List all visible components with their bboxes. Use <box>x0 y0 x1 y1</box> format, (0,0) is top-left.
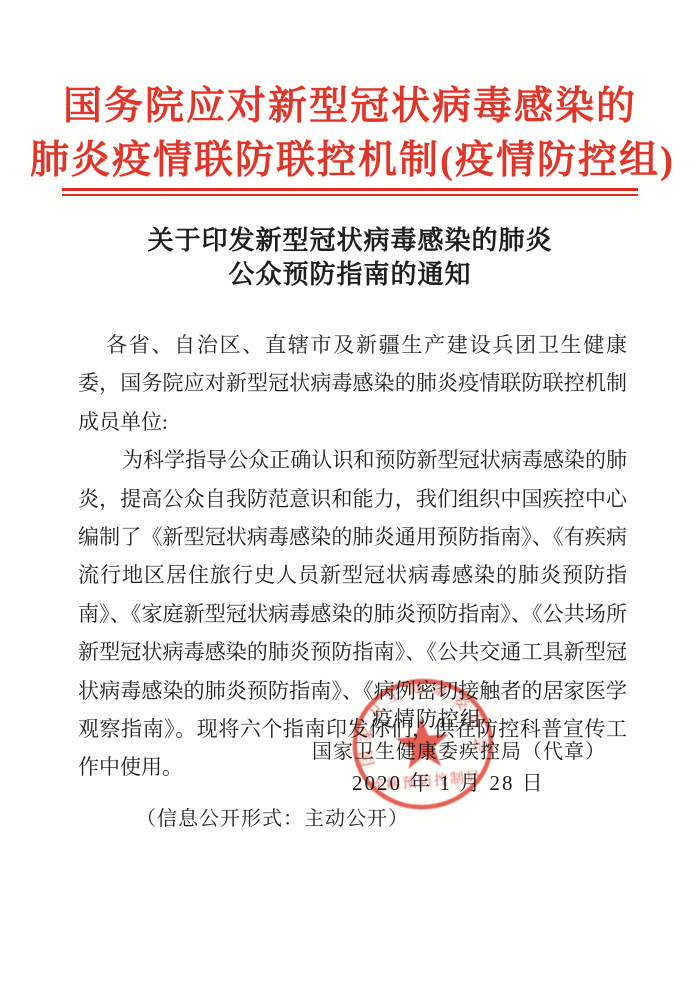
letterhead-title-line1: 国务院应对新型冠状病毒感染的 <box>30 80 670 134</box>
document-body: 各省、自治区、直辖市及新疆生产建设兵团卫生健康委，国务院应对新型冠状病毒感染的肺… <box>78 326 627 787</box>
document-title: 关于印发新型冠状病毒感染的肺炎 公众预防指南的通知 <box>0 224 700 292</box>
scanned-document-page: 国务院应对新型冠状病毒感染的 肺炎疫情联防联控机制(疫情防控组) 关于印发新型冠… <box>0 0 700 989</box>
signature-date: 2020 年 1 月 28 日 <box>352 767 545 797</box>
letterhead-separator-rule <box>62 188 638 196</box>
signature-group-name: 疫情防控组 <box>372 703 482 733</box>
disclosure-note: （信息公开形式：主动公开） <box>136 802 409 831</box>
document-title-line2: 公众预防指南的通知 <box>0 258 700 292</box>
salutation-paragraph: 各省、自治区、直辖市及新疆生产建设兵团卫生健康委，国务院应对新型冠状病毒感染的肺… <box>78 326 627 441</box>
document-title-line1: 关于印发新型冠状病毒感染的肺炎 <box>0 224 700 258</box>
letterhead: 国务院应对新型冠状病毒感染的 肺炎疫情联防联控机制(疫情防控组) <box>30 80 670 188</box>
separator-rule-thin-line <box>62 194 638 196</box>
letterhead-title-line2: 肺炎疫情联防联控机制(疫情防控组) <box>30 134 670 188</box>
separator-rule-thick-line <box>62 188 638 191</box>
signature-agency-name: 国家卫生健康委疾控局（代章） <box>312 735 606 764</box>
